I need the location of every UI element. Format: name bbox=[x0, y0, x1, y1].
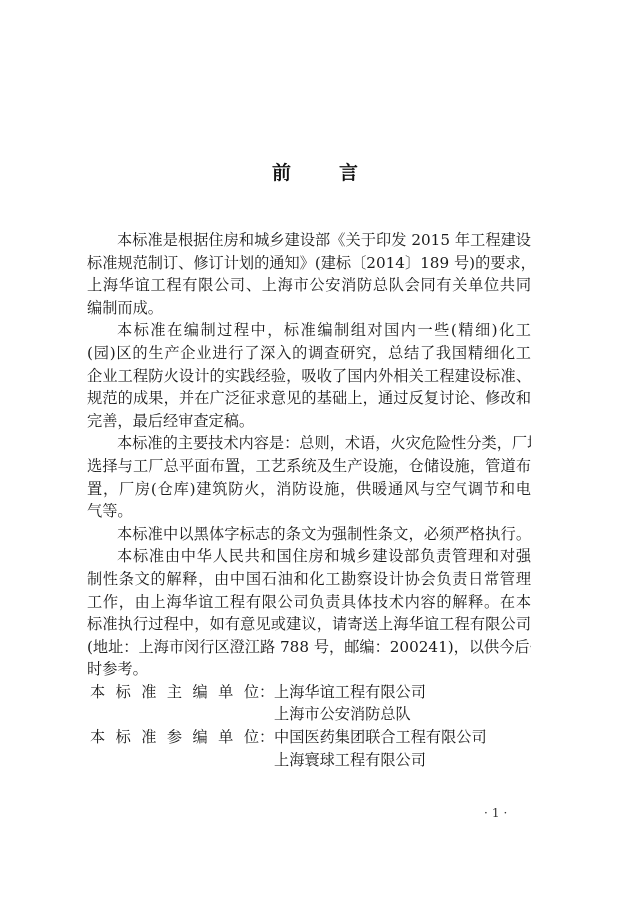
paragraph-5: 本标准由中华人民共和国住房和城乡建设部负责管理和对强 制性条文的解释，由中国石油… bbox=[87, 545, 531, 681]
text-line: 选择与工厂总平面布置，工艺系统及生产设施，仓储设施，管道布 bbox=[87, 455, 531, 478]
text-line: 工作，由上海华谊工程有限公司负责具体技术内容的解释。在本 bbox=[87, 591, 531, 614]
text-line: 编制而成。 bbox=[87, 297, 531, 320]
text-line: 本标准的主要技术内容是：总则，术语，火灾危险性分类，厂址 bbox=[87, 432, 531, 455]
text-line: 完善，最后经审查定稿。 bbox=[87, 410, 531, 433]
title-char-1: 前 bbox=[272, 158, 291, 185]
text-line: 气等。 bbox=[87, 500, 531, 523]
text-line: 置，厂房(仓库)建筑防火，消防设施，供暖通风与空气调节和电 bbox=[87, 478, 531, 501]
text-line: (地址：上海市闵行区澄江路 788 号，邮编：200241)，以供今后修订 bbox=[87, 636, 531, 659]
text-line: 本标准中以黑体字标志的条文为强制性条文，必须严格执行。 bbox=[87, 523, 531, 546]
chief-editor-unit-row: 本标准主编单位 ： 上海华谊工程有限公司 bbox=[87, 681, 531, 704]
text-line: 上海华谊工程有限公司、上海市公安消防总队会同有关单位共同 bbox=[87, 274, 531, 297]
text-line: 时参考。 bbox=[87, 658, 531, 681]
participating-unit-2: 上海寰球工程有限公司 bbox=[259, 749, 426, 772]
participating-unit-1: 中国医药集团联合工程有限公司 bbox=[259, 726, 487, 749]
text-line: 本标准由中华人民共和国住房和城乡建设部负责管理和对强 bbox=[87, 545, 531, 568]
title-char-2: 言 bbox=[339, 158, 358, 185]
text-line: 规范的成果，并在广泛征求意见的基础上，通过反复讨论、修改和 bbox=[87, 387, 531, 410]
text-line: 标准执行过程中，如有意见或建议，请寄送上海华谊工程有限公司 bbox=[87, 613, 531, 636]
chief-editor-unit-row: 上海市公安消防总队 bbox=[87, 703, 531, 726]
paragraph-1: 本标准是根据住房和城乡建设部《关于印发 2015 年工程建设 标准规范制订、修订… bbox=[87, 229, 531, 319]
paragraph-4: 本标准中以黑体字标志的条文为强制性条文，必须严格执行。 bbox=[87, 523, 531, 546]
editing-units: 本标准主编单位 ： 上海华谊工程有限公司 上海市公安消防总队 本标准参编单位 ：… bbox=[87, 681, 531, 771]
chief-editor-unit-2: 上海市公安消防总队 bbox=[259, 703, 411, 726]
text-line: 企业工程防火设计的实践经验，吸收了国内外相关工程建设标准、 bbox=[87, 365, 531, 388]
text-line: 本标准在编制过程中，标准编制组对国内一些(精细)化工 bbox=[87, 319, 531, 342]
page-title: 前言 bbox=[0, 158, 630, 185]
participating-label: 本标准参编单位 bbox=[87, 726, 259, 749]
paragraph-2: 本标准在编制过程中，标准编制组对国内一些(精细)化工 (园)区的生产企业进行了深… bbox=[87, 319, 531, 432]
text-line: 制性条文的解释，由中国石油和化工勘察设计协会负责日常管理 bbox=[87, 568, 531, 591]
preface-body: 本标准是根据住房和城乡建设部《关于印发 2015 年工程建设 标准规范制订、修订… bbox=[87, 229, 531, 771]
page-number: ·1· bbox=[484, 806, 511, 820]
text-line: 本标准是根据住房和城乡建设部《关于印发 2015 年工程建设 bbox=[87, 229, 531, 252]
chief-editor-unit-1: 上海华谊工程有限公司 bbox=[259, 681, 426, 704]
participating-unit-row: 上海寰球工程有限公司 bbox=[87, 749, 531, 772]
paragraph-3: 本标准的主要技术内容是：总则，术语，火灾危险性分类，厂址 选择与工厂总平面布置，… bbox=[87, 432, 531, 522]
participating-unit-row: 本标准参编单位 ： 中国医药集团联合工程有限公司 bbox=[87, 726, 531, 749]
text-line: 标准规范制订、修订计划的通知》(建标〔2014〕189 号)的要求，由 bbox=[87, 252, 531, 275]
text-line: (园)区的生产企业进行了深入的调查研究，总结了我国精细化工 bbox=[87, 342, 531, 365]
document-page: 前言 本标准是根据住房和城乡建设部《关于印发 2015 年工程建设 标准规范制订… bbox=[0, 0, 630, 915]
chief-editor-label: 本标准主编单位 bbox=[87, 681, 259, 704]
